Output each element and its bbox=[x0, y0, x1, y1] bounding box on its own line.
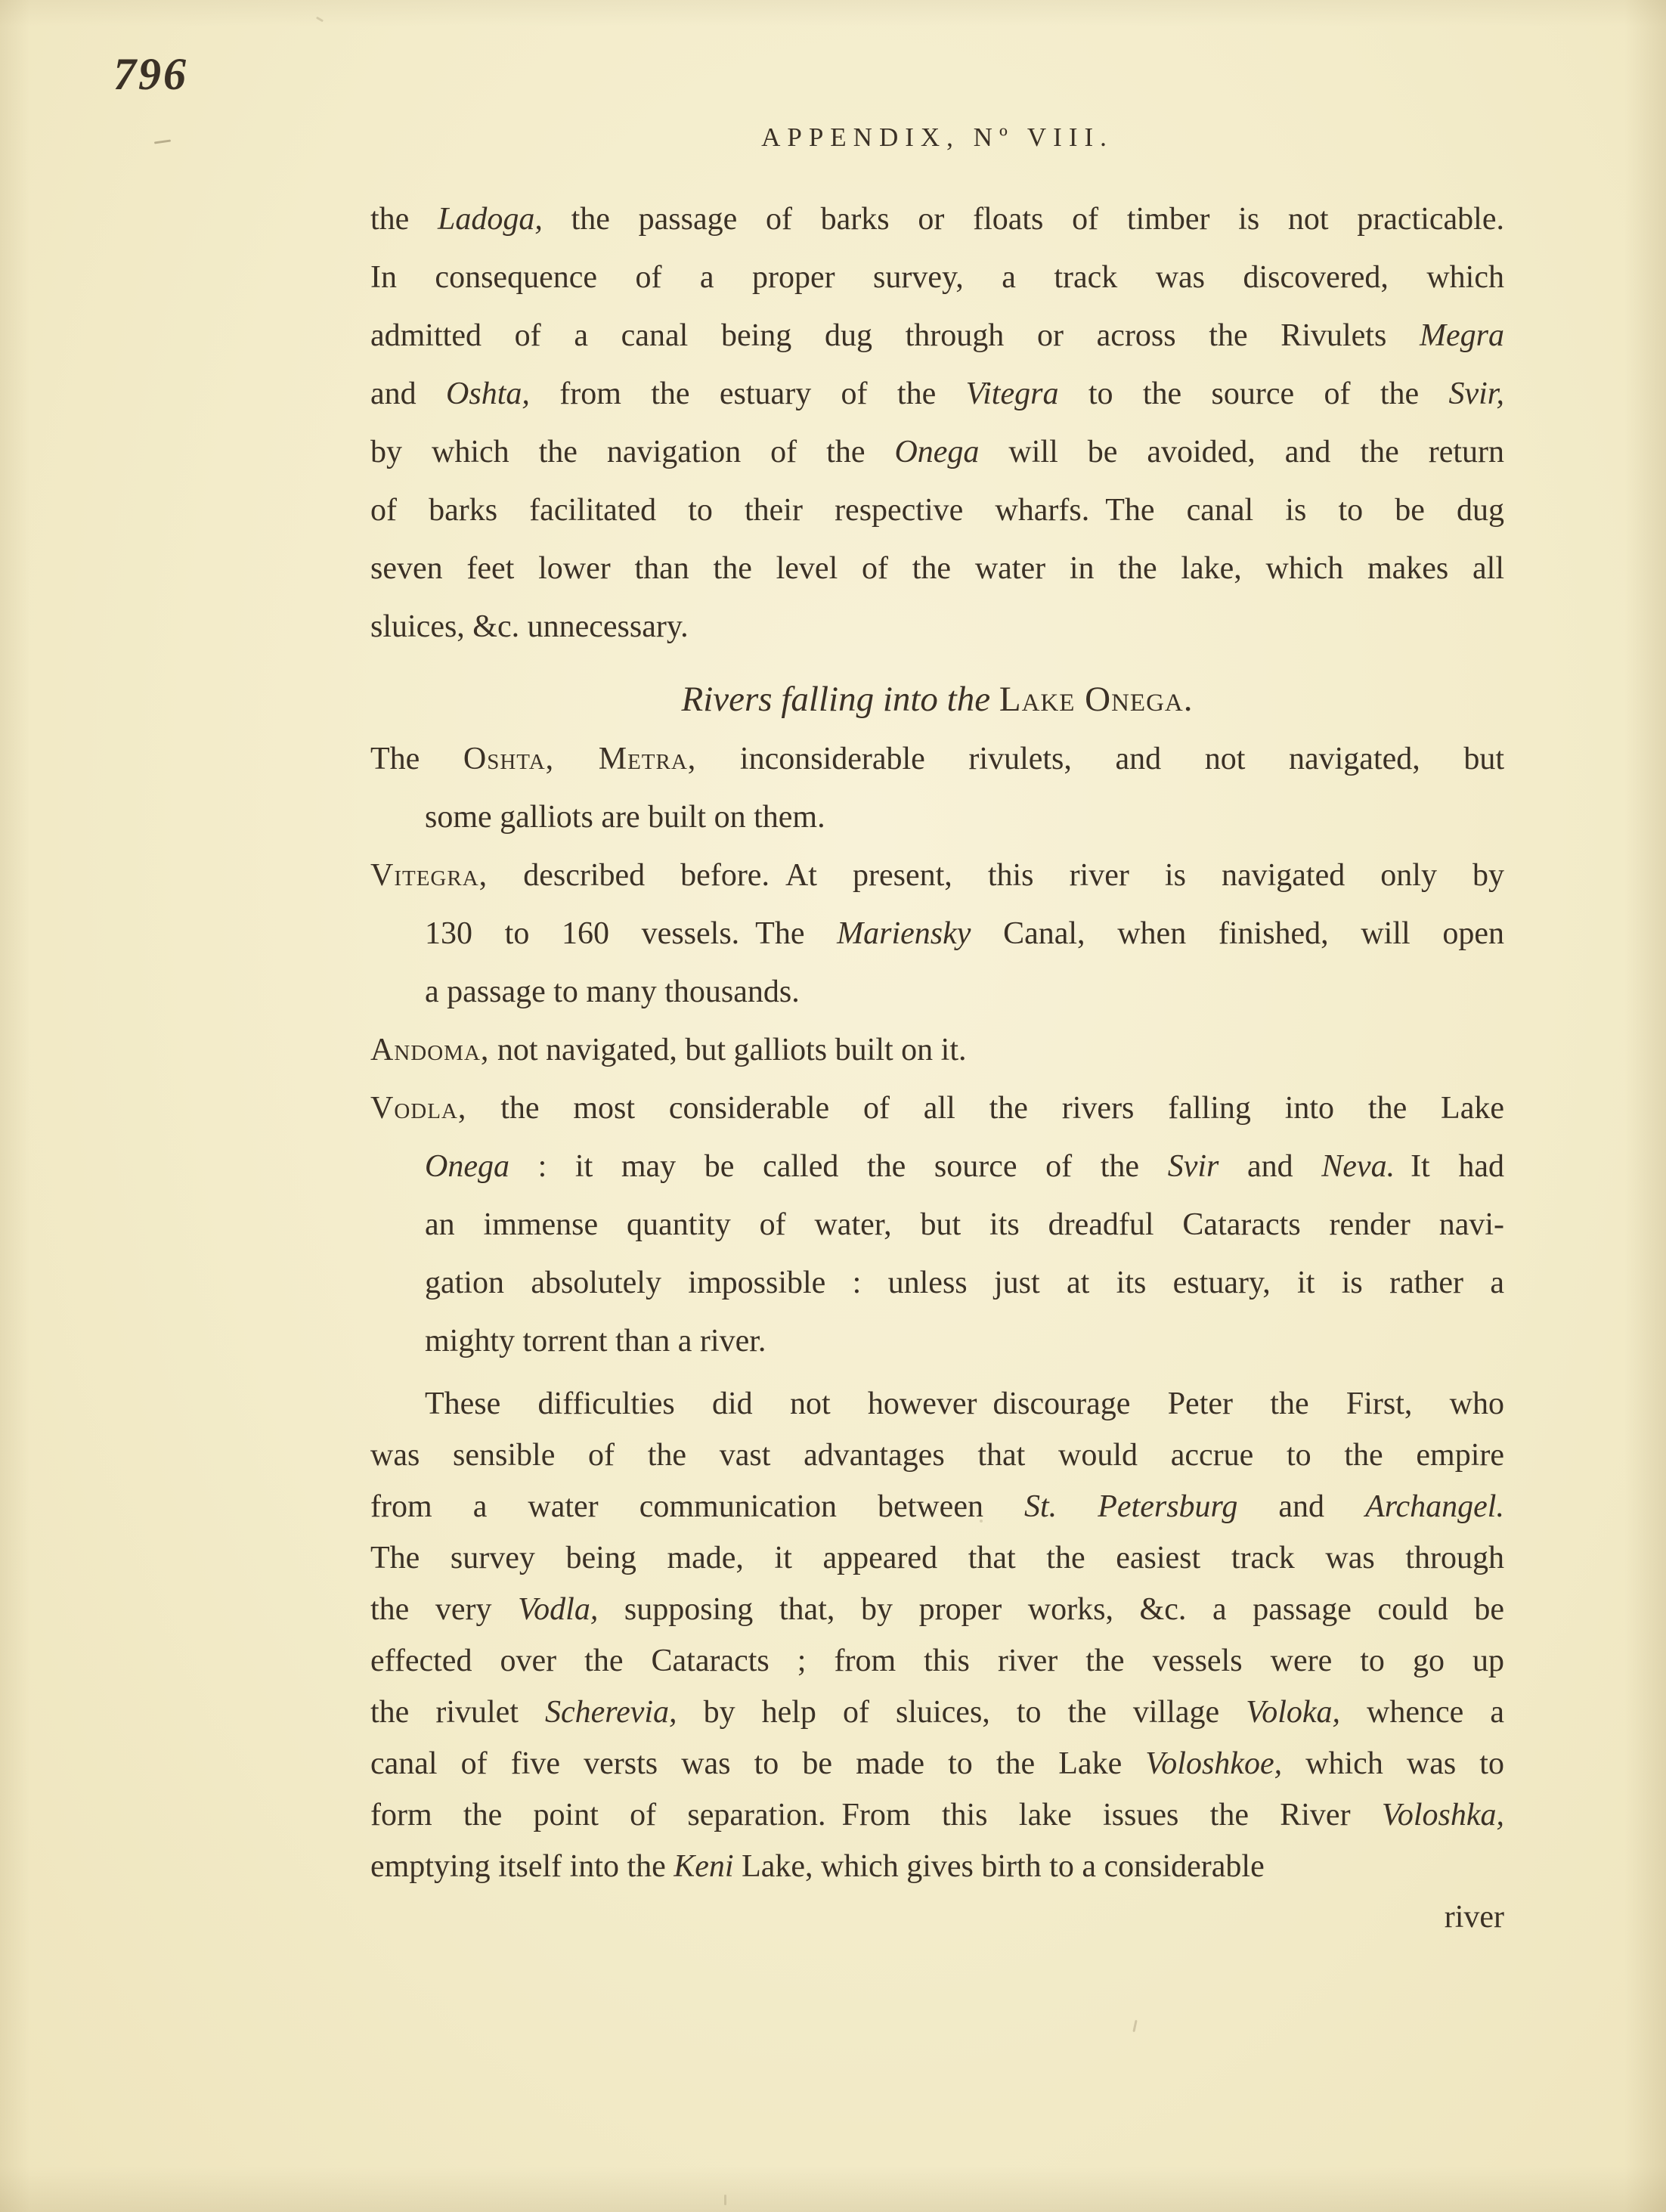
text-segment: admitted of a canal being dug through or… bbox=[370, 318, 1420, 353]
text-segment: and bbox=[370, 376, 446, 411]
text-line: gation absolutely impossible : unless ju… bbox=[370, 1254, 1504, 1312]
text-segment: an immense quantity of water, but its dr… bbox=[425, 1207, 1504, 1242]
text-line: 130 to 160 vessels. The Mariensky Canal,… bbox=[370, 905, 1504, 963]
text-line: mighty torrent than a river. bbox=[370, 1312, 1504, 1371]
text-segment: gation absolutely impossible : unless ju… bbox=[425, 1266, 1504, 1300]
text-segment: and bbox=[1219, 1149, 1321, 1184]
text-segment: from a water communication between bbox=[370, 1489, 1024, 1524]
text-line: canal of five versts was to be made to t… bbox=[370, 1738, 1504, 1789]
text-segment: the bbox=[370, 202, 438, 237]
text-segment: Megra bbox=[1420, 318, 1504, 353]
text-segment: from the estuary of the bbox=[530, 376, 966, 411]
section-heading: Rivers falling into the Lake Onega. bbox=[370, 677, 1504, 721]
text-line: from a water communication between St. P… bbox=[370, 1481, 1504, 1532]
text-segment: the very bbox=[370, 1592, 518, 1627]
text-segment: It had bbox=[1395, 1149, 1504, 1184]
text-line: form the point of separation. From this … bbox=[370, 1789, 1504, 1841]
text-line: of barks facilitated to their respective… bbox=[370, 482, 1504, 540]
text-segment: Archangel. bbox=[1365, 1489, 1504, 1524]
text-segment: mighty torrent than a river. bbox=[425, 1324, 766, 1358]
text-segment: the passage of barks or floats of timber… bbox=[543, 202, 1504, 237]
text-segment: a passage to many thousands. bbox=[425, 974, 800, 1009]
running-header: APPENDIX, Nº VIII. bbox=[370, 122, 1504, 153]
text-line: In consequence of a proper survey, a tra… bbox=[370, 249, 1504, 307]
text-line: sluices, &c. unnecessary. bbox=[370, 598, 1504, 656]
text-segment: In consequence of a proper survey, a tra… bbox=[370, 260, 1504, 295]
text-segment: Vodla, bbox=[518, 1592, 598, 1627]
paper-speck bbox=[1132, 2020, 1137, 2032]
text-segment: Oshta, bbox=[446, 376, 530, 411]
text-segment: Voloshkoe, bbox=[1145, 1746, 1282, 1781]
text-segment: Vitegra, bbox=[370, 858, 488, 893]
text-segment: Andoma, bbox=[370, 1033, 489, 1067]
text-line: Vitegra, described before. At present, t… bbox=[370, 847, 1504, 905]
text-segment: Ladoga, bbox=[438, 202, 543, 237]
text-segment: to the source of the bbox=[1058, 376, 1448, 411]
paper-speck bbox=[724, 2195, 726, 2205]
closing-paragraph: These difficulties did not however disco… bbox=[370, 1378, 1504, 1892]
text-line: admitted of a canal being dug through or… bbox=[370, 307, 1504, 365]
text-line: seven feet lower than the level of the w… bbox=[370, 540, 1504, 598]
text-segment: The bbox=[370, 742, 463, 776]
text-segment: whence a bbox=[1340, 1695, 1504, 1730]
text-line: These difficulties did not however disco… bbox=[370, 1378, 1504, 1430]
text-segment: effected over the Cataracts ; from this … bbox=[370, 1644, 1504, 1678]
entry-oshta-metra: The Oshta, Metra, inconsiderable rivulet… bbox=[370, 730, 1504, 847]
intro-paragraph: the Ladoga, the passage of barks or floa… bbox=[370, 191, 1504, 656]
text-line: Onega : it may be called the source of t… bbox=[370, 1138, 1504, 1196]
text-line: a passage to many thousands. bbox=[370, 963, 1504, 1021]
text-line: emptying itself into the Keni Lake, whic… bbox=[370, 1841, 1504, 1892]
text-segment: by help of sluices, to the village bbox=[677, 1695, 1246, 1730]
text-segment: Vitegra bbox=[966, 376, 1059, 411]
text-segment: Lake Onega. bbox=[999, 680, 1194, 719]
text-segment: The survey being made, it appeared that … bbox=[370, 1541, 1504, 1575]
text-line: Vodla, the most considerable of all the … bbox=[370, 1080, 1504, 1138]
text-line: The survey being made, it appeared that … bbox=[370, 1532, 1504, 1584]
text-segment: Onega bbox=[894, 435, 979, 469]
text-line: and Oshta, from the estuary of the Viteg… bbox=[370, 365, 1504, 423]
text-segment: canal of five versts was to be made to t… bbox=[370, 1746, 1145, 1781]
catchword-row: river bbox=[370, 1894, 1504, 1941]
text-segment: These difficulties did not however disco… bbox=[425, 1386, 1504, 1421]
text-segment: Mariensky bbox=[837, 916, 971, 951]
text-segment: supposing that, by proper works, &c. a p… bbox=[598, 1592, 1504, 1627]
text-segment: : it may be called the source of the bbox=[509, 1149, 1168, 1184]
text-line: was sensible of the vast advantages that… bbox=[370, 1430, 1504, 1481]
text-line: the very Vodla, supposing that, by prope… bbox=[370, 1584, 1504, 1635]
text-segment: Voloshka, bbox=[1382, 1798, 1504, 1832]
paper-speck bbox=[316, 17, 324, 23]
text-segment: St. Petersburg bbox=[1024, 1489, 1237, 1524]
text-segment: Vodla, bbox=[370, 1091, 466, 1126]
text-segment: some galliots are built on them. bbox=[425, 800, 825, 835]
text-line: The Oshta, Metra, inconsiderable rivulet… bbox=[370, 730, 1504, 788]
text-segment: Svir bbox=[1168, 1149, 1219, 1184]
entry-vitegra: Vitegra, described before. At present, t… bbox=[370, 847, 1504, 1021]
entry-andoma: Andoma, not navigated, but galliots buil… bbox=[370, 1021, 1504, 1080]
page-number: 796 bbox=[113, 48, 188, 101]
text-segment: emptying itself into the bbox=[370, 1849, 674, 1884]
entry-vodla: Vodla, the most considerable of all the … bbox=[370, 1080, 1504, 1371]
text-segment: was sensible of the vast advantages that… bbox=[370, 1438, 1504, 1473]
text-segment: Canal, when finished, will open bbox=[971, 916, 1504, 951]
text-segment: inconsiderable rivulets, and not navigat… bbox=[696, 742, 1504, 776]
text-segment: not navigated, but galliots built on it. bbox=[489, 1033, 966, 1067]
text-block: the Ladoga, the passage of barks or floa… bbox=[370, 191, 1504, 1941]
paper-speck bbox=[154, 139, 171, 144]
text-segment: Lake, which gives birth to a considerabl… bbox=[734, 1849, 1265, 1884]
book-page: 796 APPENDIX, Nº VIII. the Ladoga, the p… bbox=[0, 0, 1666, 2212]
river-entries: The Oshta, Metra, inconsiderable rivulet… bbox=[370, 730, 1504, 1371]
catchword: river bbox=[1445, 1900, 1504, 1935]
text-segment: Svir, bbox=[1449, 376, 1505, 411]
text-segment: Oshta, Metra, bbox=[463, 742, 696, 776]
text-segment: the most considerable of all the rivers … bbox=[466, 1091, 1504, 1126]
text-segment: sluices, &c. unnecessary. bbox=[370, 609, 689, 644]
text-line: Andoma, not navigated, but galliots buil… bbox=[370, 1021, 1504, 1080]
text-segment: Neva. bbox=[1321, 1149, 1395, 1184]
text-segment: 130 to 160 vessels. The bbox=[425, 916, 837, 951]
text-line: effected over the Cataracts ; from this … bbox=[370, 1635, 1504, 1687]
text-segment: will be avoided, and the return bbox=[979, 435, 1504, 469]
text-segment: by which the navigation of the bbox=[370, 435, 894, 469]
text-segment: the rivulet bbox=[370, 1695, 545, 1730]
text-segment: Onega bbox=[425, 1149, 509, 1184]
text-line: the rivulet Scherevia, by help of sluice… bbox=[370, 1687, 1504, 1738]
text-segment: of barks facilitated to their respective… bbox=[370, 493, 1504, 528]
text-segment: form the point of separation. From this … bbox=[370, 1798, 1382, 1832]
text-line: some galliots are built on them. bbox=[370, 788, 1504, 847]
text-segment: described before. At present, this river… bbox=[488, 858, 1504, 893]
text-segment: Rivers falling into the bbox=[682, 680, 999, 719]
text-line: by which the navigation of the Onega wil… bbox=[370, 423, 1504, 482]
text-segment: Keni bbox=[674, 1849, 733, 1884]
text-segment: which was to bbox=[1282, 1746, 1504, 1781]
text-segment: Scherevia, bbox=[545, 1695, 677, 1730]
text-line: the Ladoga, the passage of barks or floa… bbox=[370, 191, 1504, 249]
text-segment: seven feet lower than the level of the w… bbox=[370, 551, 1504, 586]
text-line: an immense quantity of water, but its dr… bbox=[370, 1196, 1504, 1254]
text-segment: Voloka, bbox=[1246, 1695, 1340, 1730]
text-segment: and bbox=[1237, 1489, 1365, 1524]
